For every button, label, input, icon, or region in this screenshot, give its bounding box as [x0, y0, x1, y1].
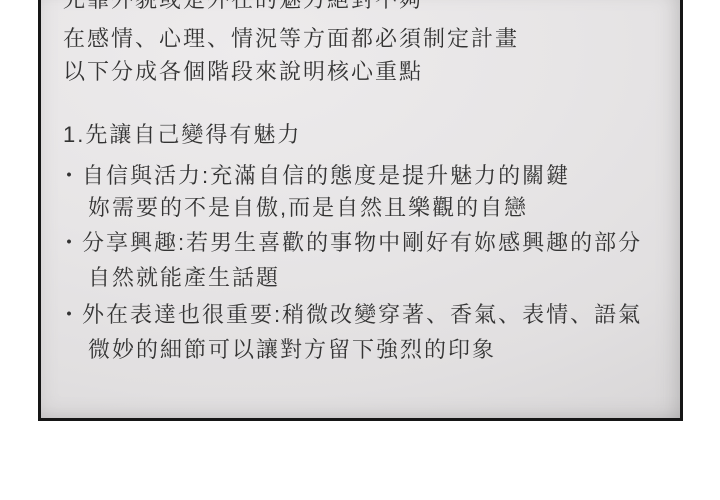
- bullet-continuation: 微妙的細節可以讓對方留下強烈的印象: [88, 338, 496, 362]
- bullet-line: ・自信與活力:充滿自信的態度是提升魅力的關鍵: [58, 164, 570, 188]
- text-line: 在感情、心理、情況等方面都必須制定計畫: [63, 27, 519, 51]
- bullet-line: ・外在表達也很重要:稍微改變穿著、香氣、表情、語氣: [58, 303, 642, 327]
- text-line-clipped-top: 光靠外貌或是外在的魅力絕對不夠: [63, 0, 423, 12]
- bullet-line: ・分享興趣:若男生喜歡的事物中剛好有妳感興趣的部分: [58, 231, 642, 255]
- page-background: { "page": { "background_color": "#ffffff…: [0, 0, 720, 500]
- text-line: 以下分成各個階段來說明核心重點: [63, 60, 423, 84]
- numbered-heading: 1.先讓自己變得有魅力: [63, 123, 301, 147]
- bullet-continuation: 自然就能產生話題: [88, 266, 280, 290]
- bullet-continuation: 妳需要的不是自傲,而是自然且樂觀的自戀: [88, 196, 528, 220]
- comic-text-panel: 光靠外貌或是外在的魅力絕對不夠 在感情、心理、情況等方面都必須制定計畫 以下分成…: [38, 0, 683, 421]
